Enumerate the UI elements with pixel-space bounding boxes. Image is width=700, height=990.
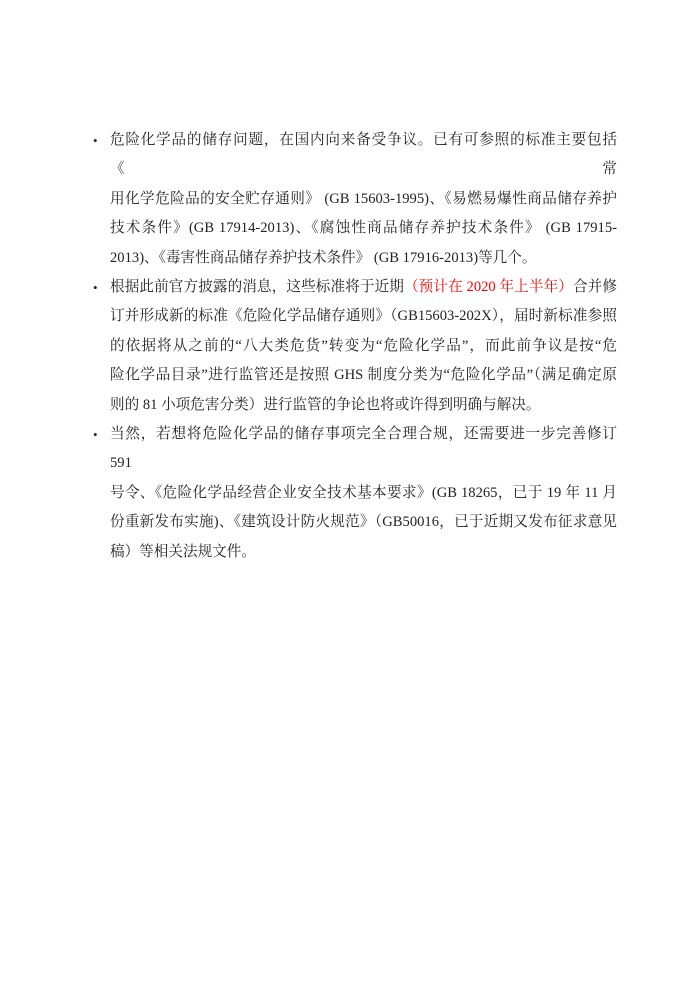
- text-line: 稿）等相关法规文件。: [110, 538, 617, 567]
- text-line: 当然，若想将危险化学品的储存事项完全合理合规，还需要进一步完善修订 591: [110, 420, 617, 479]
- text-line: 危险化学品的储存问题，在国内向来备受争议。已有可参照的标准主要包括《常: [110, 126, 617, 185]
- text-line: 则的 81 小项危害分类）进行监管的争论也将或许得到明确与解决。: [110, 391, 617, 420]
- text-line: 根据此前官方披露的消息，这些标准将于近期（预计在 2020 年上半年）合并修: [110, 273, 617, 302]
- bullet-icon: •: [93, 273, 110, 302]
- bullet-item-2: • 根据此前官方披露的消息，这些标准将于近期（预计在 2020 年上半年）合并修…: [93, 273, 617, 420]
- text-segment: 根据此前官方披露的消息，这些标准将于近期: [110, 279, 404, 295]
- document-content: • 危险化学品的储存问题，在国内向来备受争议。已有可参照的标准主要包括《常 用化…: [93, 126, 617, 567]
- highlighted-date-text: （预计在 2020 年上半年）: [404, 279, 573, 295]
- bullet-3-text: 当然，若想将危险化学品的储存事项完全合理合规，还需要进一步完善修订 591 号令…: [110, 420, 617, 567]
- text-line: 份重新发布实施)、《建筑设计防火规范》（GB50016，已于近期又发布征求意见: [110, 508, 617, 537]
- text-line: 2013)、《毒害性商品储存养护技术条件》 (GB 17916-2013)等几个…: [110, 244, 617, 273]
- bullet-2-text: 根据此前官方披露的消息，这些标准将于近期（预计在 2020 年上半年）合并修 订…: [110, 273, 617, 420]
- document-page: • 危险化学品的储存问题，在国内向来备受争议。已有可参照的标准主要包括《常 用化…: [0, 0, 700, 990]
- text-line: 用化学危险品的安全贮存通则》 (GB 15603-1995)、《易燃易爆性商品储…: [110, 185, 617, 214]
- text-line: 订并形成新的标准《危险化学品储存通则》（GB15603-202X），届时新标准参…: [110, 302, 617, 331]
- bullet-1-text: 危险化学品的储存问题，在国内向来备受争议。已有可参照的标准主要包括《常 用化学危…: [110, 126, 617, 273]
- text-line: 号令、《危险化学品经营企业安全技术基本要求》(GB 18265，已于 19 年 …: [110, 479, 617, 508]
- text-segment: 合并修: [573, 279, 617, 295]
- text-line: 的依据将从之前的“八大类危货”转变为“危险化学品”，而此前争议是按“危: [110, 332, 617, 361]
- bullet-icon: •: [93, 126, 110, 155]
- bullet-item-3: • 当然，若想将危险化学品的储存事项完全合理合规，还需要进一步完善修订 591 …: [93, 420, 617, 567]
- text-line: 技术条件》(GB 17914-2013)、《腐蚀性商品储存养护技术条件》 (GB…: [110, 214, 617, 243]
- bullet-icon: •: [93, 420, 110, 449]
- bullet-item-1: • 危险化学品的储存问题，在国内向来备受争议。已有可参照的标准主要包括《常 用化…: [93, 126, 617, 273]
- text-line: 险化学品目录”进行监管还是按照 GHS 制度分类为“危险化学品”（满足确定原: [110, 361, 617, 390]
